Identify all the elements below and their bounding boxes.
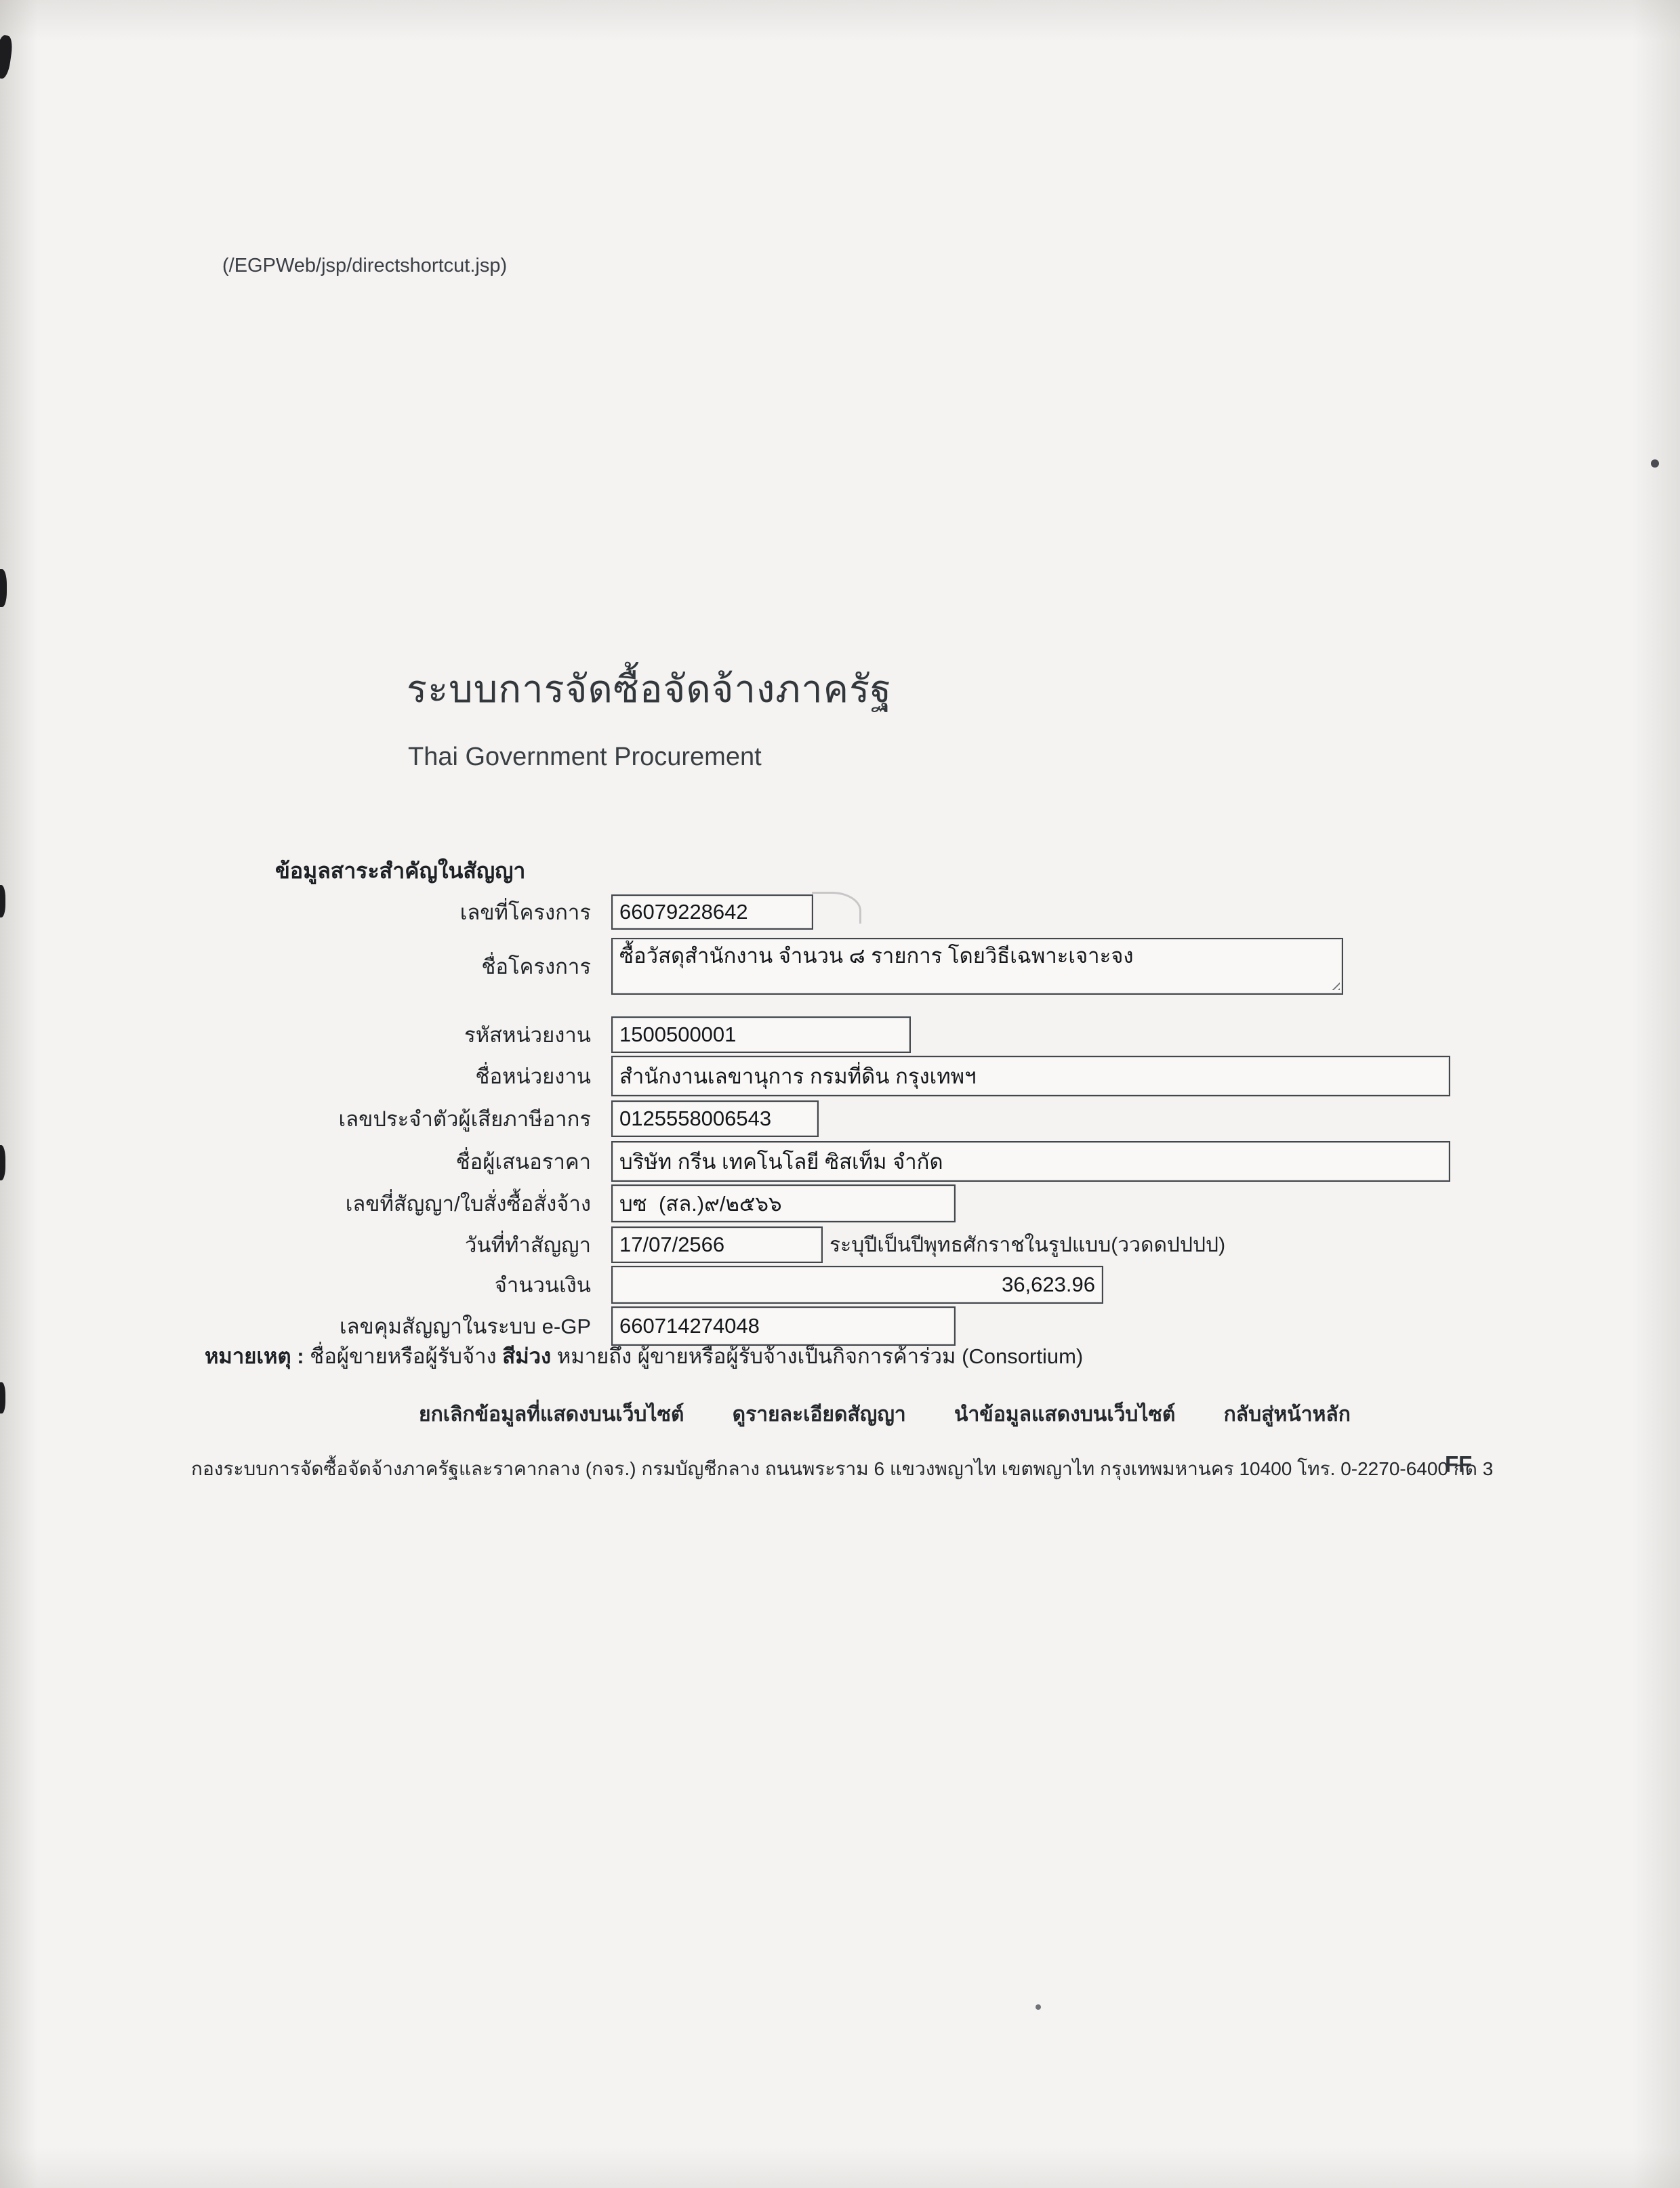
amount-input[interactable] <box>611 1266 1103 1304</box>
scan-artifact <box>0 35 14 79</box>
scan-artifact <box>1651 459 1659 468</box>
project-name-label: ชื่อโครงการ <box>203 949 603 983</box>
page-title: ระบบการจัดซื้อจัดจ้างภาครัฐ <box>407 659 892 719</box>
department-name-input[interactable] <box>611 1056 1450 1096</box>
form-row: เลขที่สัญญา/ใบสั่งซื้อสั่งจ้าง <box>203 1184 956 1222</box>
note-highlight: สีม่วง <box>502 1344 551 1368</box>
amount-label: จำนวนเงิน <box>203 1268 603 1302</box>
back-home-button[interactable]: กลับสู่หน้าหลัก <box>1224 1399 1351 1430</box>
contract-date-input[interactable] <box>611 1226 823 1263</box>
footer-corner-mark: FF <box>1445 1451 1472 1477</box>
contract-number-label: เลขที่สัญญา/ใบสั่งซื้อสั่งจ้าง <box>203 1186 603 1220</box>
egp-contract-number-label: เลขคุมสัญญาในระบบ e-GP <box>203 1309 603 1343</box>
department-code-label: รหัสหน่วยงาน <box>203 1018 603 1052</box>
form-row: รหัสหน่วยงาน <box>203 1016 911 1053</box>
taxpayer-id-input[interactable] <box>611 1100 819 1137</box>
taxpayer-id-label: เลขประจำตัวผู้เสียภาษีอากร <box>203 1102 603 1136</box>
contract-date-label: วันที่ทำสัญญา <box>203 1228 603 1262</box>
action-buttons-row: ยกเลิกข้อมูลที่แสดงบนเว็บไซต์ ดูรายละเอี… <box>419 1399 1351 1430</box>
footer-agency-info: กองระบบการจัดซื้อจัดจ้างภาครัฐและราคากลา… <box>191 1454 1493 1484</box>
scan-artifact <box>0 885 5 917</box>
form-row: วันที่ทำสัญญา ระบุปีเป็นปีพุทธศักราชในรู… <box>203 1226 1225 1263</box>
form-row: เลขประจำตัวผู้เสียภาษีอากร <box>203 1100 819 1137</box>
cancel-web-display-button[interactable]: ยกเลิกข้อมูลที่แสดงบนเว็บไซต์ <box>419 1399 684 1430</box>
bidder-name-label: ชื่อผู้เสนอราคา <box>203 1144 603 1178</box>
form-row: ชื่อหน่วยงาน <box>203 1056 1450 1096</box>
scanned-egp-page: (/EGPWeb/jsp/directshortcut.jsp) ระบบการ… <box>0 0 1680 2188</box>
project-number-label: เลขที่โครงการ <box>203 895 603 929</box>
scan-artifact <box>0 1145 5 1180</box>
note-before: ชื่อผู้ขายหรือผู้รับจ้าง <box>310 1344 497 1368</box>
form-row: จำนวนเงิน <box>203 1266 1103 1304</box>
scan-artifact <box>1036 2004 1041 2010</box>
department-name-label: ชื่อหน่วยงาน <box>203 1059 603 1093</box>
section-heading: ข้อมูลสาระสำคัญในสัญญา <box>275 854 525 888</box>
contract-number-input[interactable] <box>611 1184 956 1222</box>
note-label: หมายเหตุ : <box>205 1344 304 1368</box>
scan-artifact <box>0 1382 5 1413</box>
bidder-name-input[interactable] <box>611 1141 1450 1182</box>
scan-artifact <box>812 892 861 924</box>
consortium-note: หมายเหตุ : ชื่อผู้ขายหรือผู้รับจ้าง สีม่… <box>205 1339 1083 1373</box>
page-subtitle: Thai Government Procurement <box>408 743 762 772</box>
department-code-input[interactable] <box>611 1016 911 1053</box>
contract-date-format-hint: ระบุปีเป็นปีพุทธศักราชในรูปแบบ(ววดดปปปป) <box>829 1229 1225 1261</box>
page-url-note: (/EGPWeb/jsp/directshortcut.jsp) <box>222 255 507 277</box>
form-row: ชื่อผู้เสนอราคา <box>203 1141 1450 1182</box>
note-after: หมายถึง ผู้ขายหรือผู้รับจ้างเป็นกิจการค้… <box>557 1344 1083 1368</box>
publish-web-display-button[interactable]: นำข้อมูลแสดงบนเว็บไซต์ <box>954 1399 1175 1430</box>
scan-artifact <box>0 569 7 607</box>
project-number-input[interactable] <box>611 894 813 930</box>
project-name-textarea[interactable] <box>611 938 1343 995</box>
form-row: เลขที่โครงการ <box>203 894 813 930</box>
form-row: ชื่อโครงการ <box>203 938 1343 995</box>
view-contract-detail-button[interactable]: ดูรายละเอียดสัญญา <box>733 1399 906 1430</box>
